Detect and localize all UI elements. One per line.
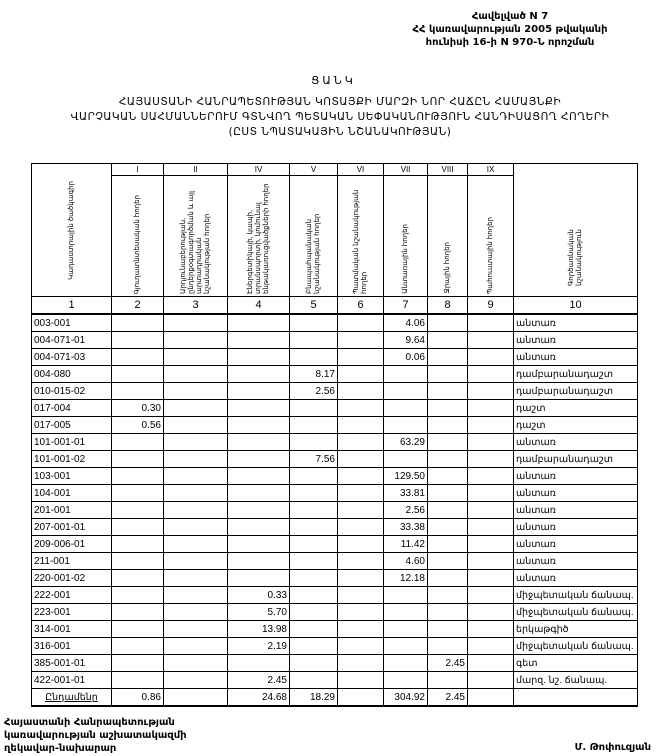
- cell-environmental: 8.17: [290, 366, 338, 383]
- roman-header: VIII: [428, 164, 468, 176]
- cell-purpose: անտառ: [514, 485, 638, 502]
- cell-water: [428, 502, 468, 519]
- cell-historical: [338, 400, 384, 417]
- land-list-table: Կադաստրային ծածկագիր I II IV V VI VII VI…: [31, 163, 638, 707]
- table-row: 222-0010.33միջպետական ճանապ.: [32, 587, 638, 604]
- cell-forest: [384, 621, 428, 638]
- cell-cadastral-code: 101-001-02: [32, 451, 112, 468]
- table-row: 220-001-0212.18անտառ: [32, 570, 638, 587]
- cell-industrial: [164, 383, 228, 400]
- cell-agricultural: [112, 621, 164, 638]
- cell-reserve: [468, 621, 514, 638]
- cell-environmental: [290, 570, 338, 587]
- cell-energy-transport: [228, 451, 290, 468]
- column-number-row: 1 2 3 4 5 6 7 8 9 10: [32, 297, 638, 315]
- cell-energy-transport: 2.45: [228, 672, 290, 689]
- cell-energy-transport: 5.70: [228, 604, 290, 621]
- cell-cadastral-code: 101-001-01: [32, 434, 112, 451]
- cell-agricultural: [112, 434, 164, 451]
- cell-forest: [384, 672, 428, 689]
- cell-cadastral-code: 004-071-01: [32, 332, 112, 349]
- cell-agricultural: [112, 519, 164, 536]
- cell-reserve: [468, 383, 514, 400]
- cell-historical: [338, 536, 384, 553]
- cell-forest: 4.60: [384, 553, 428, 570]
- cell-reserve: [468, 417, 514, 434]
- cell-historical: [338, 621, 384, 638]
- cell-industrial: [164, 366, 228, 383]
- cell-forest: 9.64: [384, 332, 428, 349]
- cell-industrial: [164, 536, 228, 553]
- cell-cadastral-code: 422-001-01: [32, 672, 112, 689]
- cell-forest: 11.42: [384, 536, 428, 553]
- cell-cadastral-code: 104-001: [32, 485, 112, 502]
- cell-reserve: [468, 468, 514, 485]
- cell-industrial: [164, 621, 228, 638]
- column-number: 3: [164, 297, 228, 315]
- cell-water: [428, 349, 468, 366]
- cell-industrial: [164, 349, 228, 366]
- cell-historical: [338, 604, 384, 621]
- cell-forest: 2.56: [384, 502, 428, 519]
- cell-environmental: [290, 587, 338, 604]
- cell-agricultural: [112, 638, 164, 655]
- cell-energy-transport: [228, 434, 290, 451]
- cell-water: [428, 638, 468, 655]
- cell-historical: [338, 519, 384, 536]
- cell-environmental: [290, 400, 338, 417]
- cell-water: [428, 621, 468, 638]
- table-row: 010-015-022.56դամբարանադաշտ: [32, 383, 638, 400]
- cell-agricultural: [112, 587, 164, 604]
- cell-energy-transport: [228, 383, 290, 400]
- cell-water: [428, 485, 468, 502]
- total-water: 2.45: [428, 689, 468, 707]
- cell-industrial: [164, 332, 228, 349]
- cell-reserve: [468, 434, 514, 451]
- cell-industrial: [164, 468, 228, 485]
- cell-reserve: [468, 332, 514, 349]
- cell-historical: [338, 332, 384, 349]
- header-industrial: Արդյունաբերության, ընդերքօգտագործման և ա…: [164, 176, 228, 297]
- cell-purpose: անտառ: [514, 553, 638, 570]
- table-row: 101-001-027.56դամբարանադաշտ: [32, 451, 638, 468]
- cell-purpose: դամբարանադաշտ: [514, 451, 638, 468]
- cell-environmental: [290, 519, 338, 536]
- cell-agricultural: [112, 570, 164, 587]
- table-body: 003-0014.06անտառ004-071-019.64անտառ004-0…: [32, 314, 638, 689]
- cell-agricultural: 0.56: [112, 417, 164, 434]
- cell-energy-transport: [228, 400, 290, 417]
- cell-agricultural: [112, 502, 164, 519]
- subtitle-line-3: (ԸՍՏ ՆՊԱՏԱԿԱՅԻՆ ՆՇԱՆԱԿՈՒԹՅԱՆ): [70, 125, 610, 140]
- cell-agricultural: [112, 451, 164, 468]
- cell-forest: [384, 366, 428, 383]
- cell-energy-transport: [228, 468, 290, 485]
- cell-agricultural: [112, 366, 164, 383]
- cell-reserve: [468, 536, 514, 553]
- cell-agricultural: 0.30: [112, 400, 164, 417]
- cell-reserve: [468, 485, 514, 502]
- cell-water: [428, 672, 468, 689]
- cell-historical: [338, 366, 384, 383]
- roman-header: I: [112, 164, 164, 176]
- cell-agricultural: [112, 485, 164, 502]
- cell-historical: [338, 417, 384, 434]
- cell-historical: [338, 485, 384, 502]
- subtitle-line-1: ՀԱՅԱՍՏԱՆԻ ՀԱՆՐԱՊԵՏՈՒԹՅԱՆ ԿՈՏԱՅՔԻ ՄԱՐԶԻ Ն…: [70, 95, 610, 110]
- cell-reserve: [468, 502, 514, 519]
- cell-cadastral-code: 314-001: [32, 621, 112, 638]
- roman-header: VI: [338, 164, 384, 176]
- table-row: 316-0012.19միջպետական ճանապ.: [32, 638, 638, 655]
- cell-purpose: անտառ: [514, 502, 638, 519]
- cell-historical: [338, 570, 384, 587]
- cell-environmental: [290, 502, 338, 519]
- cell-purpose: միջպետական ճանապ.: [514, 638, 638, 655]
- cell-energy-transport: [228, 570, 290, 587]
- cell-industrial: [164, 314, 228, 332]
- table-row: 004-071-019.64անտառ: [32, 332, 638, 349]
- document-title: ՑԱՆԿ: [0, 74, 667, 87]
- total-forest: 304.92: [384, 689, 428, 707]
- cell-forest: [384, 383, 428, 400]
- cell-water: [428, 587, 468, 604]
- header-water: Ջրային հողեր: [428, 176, 468, 297]
- cell-historical: [338, 468, 384, 485]
- cell-forest: 33.38: [384, 519, 428, 536]
- table-row: 101-001-0163.29անտառ: [32, 434, 638, 451]
- cell-energy-transport: [228, 536, 290, 553]
- cell-cadastral-code: 010-015-02: [32, 383, 112, 400]
- cell-agricultural: [112, 314, 164, 332]
- cell-environmental: [290, 332, 338, 349]
- cell-purpose: անտառ: [514, 434, 638, 451]
- roman-header: IX: [468, 164, 514, 176]
- column-number: 5: [290, 297, 338, 315]
- cell-energy-transport: 0.33: [228, 587, 290, 604]
- cell-energy-transport: [228, 366, 290, 383]
- cell-energy-transport: 2.19: [228, 638, 290, 655]
- cell-water: [428, 519, 468, 536]
- cell-cadastral-code: 207-001-01: [32, 519, 112, 536]
- cell-forest: 12.18: [384, 570, 428, 587]
- cell-forest: [384, 451, 428, 468]
- column-number: 10: [514, 297, 638, 315]
- cell-industrial: [164, 417, 228, 434]
- cell-water: [428, 314, 468, 332]
- column-number: 6: [338, 297, 384, 315]
- cell-cadastral-code: 385-001-01: [32, 655, 112, 672]
- cell-reserve: [468, 553, 514, 570]
- header-energy-transport: Էներգետիկայի, կապի, տրանսպորտի, կոմունալ…: [228, 176, 290, 297]
- table-row: 223-0015.70միջպետական ճանապ.: [32, 604, 638, 621]
- cell-environmental: [290, 655, 338, 672]
- cell-historical: [338, 434, 384, 451]
- cell-energy-transport: [228, 485, 290, 502]
- column-number: 8: [428, 297, 468, 315]
- table-row: 003-0014.06անտառ: [32, 314, 638, 332]
- cell-reserve: [468, 451, 514, 468]
- header-environmental: Բնապահպանական նշանակության հողեր: [290, 176, 338, 297]
- cell-industrial: [164, 587, 228, 604]
- cell-environmental: 2.56: [290, 383, 338, 400]
- cell-purpose: միջպետական ճանապ.: [514, 604, 638, 621]
- cell-historical: [338, 502, 384, 519]
- cell-environmental: [290, 468, 338, 485]
- cell-reserve: [468, 314, 514, 332]
- cell-cadastral-code: 222-001: [32, 587, 112, 604]
- cell-energy-transport: [228, 314, 290, 332]
- total-environmental: 18.29: [290, 689, 338, 707]
- cell-agricultural: [112, 468, 164, 485]
- cell-water: [428, 468, 468, 485]
- column-number: 9: [468, 297, 514, 315]
- total-agricultural: 0.86: [112, 689, 164, 707]
- cell-water: [428, 417, 468, 434]
- cell-reserve: [468, 672, 514, 689]
- cell-agricultural: [112, 383, 164, 400]
- cell-industrial: [164, 485, 228, 502]
- cell-environmental: [290, 417, 338, 434]
- cell-historical: [338, 314, 384, 332]
- cell-reserve: [468, 519, 514, 536]
- cell-historical: [338, 587, 384, 604]
- cell-purpose: երկաթգիծ: [514, 621, 638, 638]
- cell-purpose: գետ: [514, 655, 638, 672]
- cell-water: [428, 604, 468, 621]
- cell-purpose: անտառ: [514, 468, 638, 485]
- cell-water: [428, 332, 468, 349]
- cell-purpose: անտառ: [514, 536, 638, 553]
- cell-forest: 4.06: [384, 314, 428, 332]
- cell-reserve: [468, 400, 514, 417]
- cell-purpose: դամբարանադաշտ: [514, 366, 638, 383]
- table-row: 017-0040.30դաշտ: [32, 400, 638, 417]
- cell-historical: [338, 383, 384, 400]
- cell-environmental: [290, 604, 338, 621]
- cell-energy-transport: [228, 519, 290, 536]
- cell-cadastral-code: 003-001: [32, 314, 112, 332]
- cell-water: [428, 570, 468, 587]
- cell-environmental: 7.56: [290, 451, 338, 468]
- table-row: 104-00133.81անտառ: [32, 485, 638, 502]
- cell-cadastral-code: 017-004: [32, 400, 112, 417]
- cell-historical: [338, 655, 384, 672]
- cell-industrial: [164, 400, 228, 417]
- cell-water: [428, 400, 468, 417]
- header-forest: Անտառային հողեր: [384, 176, 428, 297]
- cell-industrial: [164, 451, 228, 468]
- cell-water: 2.45: [428, 655, 468, 672]
- table-row: 017-0050.56դաշտ: [32, 417, 638, 434]
- cell-purpose: անտառ: [514, 332, 638, 349]
- cell-energy-transport: [228, 553, 290, 570]
- cell-agricultural: [112, 655, 164, 672]
- cell-reserve: [468, 655, 514, 672]
- cell-reserve: [468, 587, 514, 604]
- header-cadastral-code: Կադաստրային ծածկագիր: [32, 164, 112, 297]
- cell-energy-transport: [228, 502, 290, 519]
- table-row: 422-001-012.45մարզ. նշ. ճանապ.: [32, 672, 638, 689]
- roman-header: II: [164, 164, 228, 176]
- annex-line-3: հունիսի 16-ի N 970-Ն որոշման: [370, 36, 650, 49]
- table-row: 211-0014.60անտառ: [32, 553, 638, 570]
- roman-header: VII: [384, 164, 428, 176]
- header-reserve: Պահուստային հողեր: [468, 176, 514, 297]
- cell-historical: [338, 349, 384, 366]
- cell-environmental: [290, 553, 338, 570]
- cell-industrial: [164, 638, 228, 655]
- cell-industrial: [164, 570, 228, 587]
- cell-reserve: [468, 638, 514, 655]
- document-subtitle: ՀԱՅԱՍՏԱՆԻ ՀԱՆՐԱՊԵՏՈՒԹՅԱՆ ԿՈՏԱՅՔԻ ՄԱՐԶԻ Ն…: [70, 95, 610, 140]
- cell-agricultural: [112, 604, 164, 621]
- cell-reserve: [468, 349, 514, 366]
- signatory-name: Մ. Թոփուզյան: [575, 742, 651, 753]
- signatory-line-3: ղեկավար-նախարար: [4, 742, 187, 755]
- total-industrial: [164, 689, 228, 707]
- cell-agricultural: [112, 332, 164, 349]
- header-agricultural: Գյուղատնտեսական հողեր: [112, 176, 164, 297]
- cell-industrial: [164, 502, 228, 519]
- total-label: Ընդամենը: [32, 689, 112, 707]
- total-reserve: [468, 689, 514, 707]
- cell-agricultural: [112, 553, 164, 570]
- cell-cadastral-code: 017-005: [32, 417, 112, 434]
- cell-environmental: [290, 536, 338, 553]
- column-number: 2: [112, 297, 164, 315]
- cell-environmental: [290, 621, 338, 638]
- total-energy-transport: 24.68: [228, 689, 290, 707]
- cell-forest: [384, 587, 428, 604]
- cell-cadastral-code: 201-001: [32, 502, 112, 519]
- cell-reserve: [468, 366, 514, 383]
- table-row: 314-00113.98երկաթգիծ: [32, 621, 638, 638]
- cell-water: [428, 553, 468, 570]
- cell-historical: [338, 451, 384, 468]
- cell-forest: [384, 400, 428, 417]
- column-number: 7: [384, 297, 428, 315]
- cell-purpose: անտառ: [514, 349, 638, 366]
- cell-water: [428, 451, 468, 468]
- cell-water: [428, 536, 468, 553]
- cell-cadastral-code: 103-001: [32, 468, 112, 485]
- signatory-line-1: Հայաստանի Հանրապետության: [4, 716, 187, 729]
- cell-energy-transport: 13.98: [228, 621, 290, 638]
- signatory-title: Հայաստանի Հանրապետության կառավարության ա…: [4, 716, 187, 755]
- cell-industrial: [164, 519, 228, 536]
- cell-historical: [338, 672, 384, 689]
- table-row: 385-001-012.45գետ: [32, 655, 638, 672]
- cell-agricultural: [112, 349, 164, 366]
- annex-line-1: Հավելված N 7: [370, 10, 650, 23]
- cell-cadastral-code: 004-071-03: [32, 349, 112, 366]
- cell-forest: 63.29: [384, 434, 428, 451]
- cell-historical: [338, 553, 384, 570]
- cell-cadastral-code: 209-006-01: [32, 536, 112, 553]
- cell-purpose: անտառ: [514, 314, 638, 332]
- cell-forest: 0.06: [384, 349, 428, 366]
- cell-agricultural: [112, 672, 164, 689]
- table-row: 004-0808.17դամբարանադաշտ: [32, 366, 638, 383]
- cell-water: [428, 383, 468, 400]
- cell-environmental: [290, 314, 338, 332]
- cell-environmental: [290, 638, 338, 655]
- cell-cadastral-code: 004-080: [32, 366, 112, 383]
- cell-cadastral-code: 211-001: [32, 553, 112, 570]
- subtitle-line-2: ՎԱՐՉԱԿԱՆ ՍԱՀՄԱՆՆԵՐՈՒՄ ԳՏՆՎՈՂ ՊԵՏԱԿԱՆ ՍԵՓ…: [70, 110, 610, 125]
- total-purpose: [514, 689, 638, 707]
- roman-header: V: [290, 164, 338, 176]
- cell-cadastral-code: 223-001: [32, 604, 112, 621]
- cell-forest: [384, 417, 428, 434]
- cell-purpose: մարզ. նշ. ճանապ.: [514, 672, 638, 689]
- cell-purpose: դաշտ: [514, 417, 638, 434]
- cell-environmental: [290, 485, 338, 502]
- cell-industrial: [164, 553, 228, 570]
- cell-forest: 129.50: [384, 468, 428, 485]
- table-row: 209-006-0111.42անտառ: [32, 536, 638, 553]
- signatory-line-2: կառավարության աշխատակազմի: [4, 729, 187, 742]
- cell-environmental: [290, 349, 338, 366]
- cell-reserve: [468, 604, 514, 621]
- roman-header-row: Կադաստրային ծածկագիր I II IV V VI VII VI…: [32, 164, 638, 176]
- cell-forest: [384, 655, 428, 672]
- cell-energy-transport: [228, 655, 290, 672]
- cell-energy-transport: [228, 332, 290, 349]
- cell-cadastral-code: 220-001-02: [32, 570, 112, 587]
- cell-forest: 33.81: [384, 485, 428, 502]
- cell-water: [428, 434, 468, 451]
- cell-industrial: [164, 604, 228, 621]
- table-row: 201-0012.56անտառ: [32, 502, 638, 519]
- cell-forest: [384, 638, 428, 655]
- cell-historical: [338, 638, 384, 655]
- header-historical: Պատմական նշանակության հողեր: [338, 176, 384, 297]
- header-purpose: Գործառնական նշանակություն: [514, 164, 638, 297]
- table-row: 207-001-0133.38անտառ: [32, 519, 638, 536]
- annex-line-2: ՀՀ կառավարության 2005 թվականի: [370, 23, 650, 36]
- cell-forest: [384, 604, 428, 621]
- cell-industrial: [164, 434, 228, 451]
- cell-agricultural: [112, 536, 164, 553]
- cell-environmental: [290, 672, 338, 689]
- cell-water: [428, 366, 468, 383]
- cell-industrial: [164, 655, 228, 672]
- cell-purpose: անտառ: [514, 519, 638, 536]
- table-row: 103-001129.50անտառ: [32, 468, 638, 485]
- table-row: 004-071-030.06անտառ: [32, 349, 638, 366]
- total-row: Ընդամենը 0.86 24.68 18.29 304.92 2.45: [32, 689, 638, 707]
- annex-reference: Հավելված N 7 ՀՀ կառավարության 2005 թվակա…: [370, 10, 650, 49]
- cell-reserve: [468, 570, 514, 587]
- cell-energy-transport: [228, 349, 290, 366]
- cell-purpose: դամբարանադաշտ: [514, 383, 638, 400]
- cell-cadastral-code: 316-001: [32, 638, 112, 655]
- roman-header: IV: [228, 164, 290, 176]
- cell-purpose: միջպետական ճանապ.: [514, 587, 638, 604]
- cell-purpose: անտառ: [514, 570, 638, 587]
- cell-environmental: [290, 434, 338, 451]
- column-number: 4: [228, 297, 290, 315]
- column-number: 1: [32, 297, 112, 315]
- total-historical: [338, 689, 384, 707]
- cell-purpose: դաշտ: [514, 400, 638, 417]
- cell-energy-transport: [228, 417, 290, 434]
- cell-industrial: [164, 672, 228, 689]
